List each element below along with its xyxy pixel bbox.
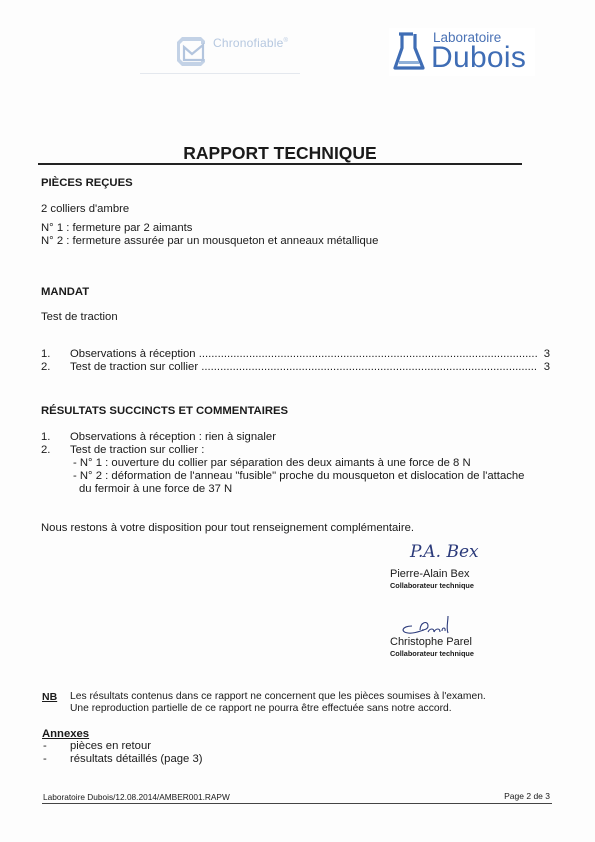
result-text: Observations à réception : rien à signal… (70, 431, 276, 443)
footer-rule (42, 803, 552, 804)
toc-page: 3 (544, 361, 550, 373)
annex-item: résultats détaillés (page 3) (70, 753, 203, 765)
logo-dubois-text: Dubois (431, 42, 526, 74)
piece-item: N° 1 : fermeture par 2 aimants (41, 222, 192, 234)
result-text: Test de traction sur collier : (70, 444, 204, 456)
signature-parel-icon (398, 614, 460, 638)
toc-number: 2. (41, 361, 50, 373)
toc-number: 1. (41, 348, 50, 360)
annexes-heading: Annexes (42, 728, 89, 740)
piece-item: N° 2 : fermeture assurée par un mousquet… (41, 235, 378, 247)
result-number: 1. (41, 431, 50, 443)
chronofiable-logo-text: Chronofiable® (213, 36, 288, 50)
result-sub-item: - N° 1 : ouverture du collier par sépara… (73, 457, 471, 469)
nb-label: NB (42, 691, 57, 703)
section-heading-pieces-recues: PIÈCES REÇUES (41, 177, 133, 189)
laboratoire-dubois-logo: Laboratoire Dubois (389, 28, 535, 76)
pieces-summary: 2 colliers d'ambre (41, 203, 129, 215)
header-divider (140, 73, 300, 74)
flask-icon (393, 32, 429, 72)
signatory-name: Christophe Parel (390, 636, 472, 648)
toc-entry[interactable]: 1. Observations à réception 3 (41, 348, 550, 362)
signature-handwritten: P.A. Bex (410, 542, 479, 562)
result-sub-item-continued: du fermoir à une force de 37 N (79, 483, 232, 495)
footer-reference: Laboratoire Dubois/12.08.2014/AMBER001.R… (43, 792, 230, 802)
section-heading-resultats: RÉSULTATS SUCCINCTS ET COMMENTAIRES (41, 405, 288, 417)
toc-label: Observations à réception (70, 348, 538, 360)
closing-text: Nous restons à votre disposition pour to… (41, 522, 414, 534)
nb-line: Les résultats contenus dans ce rapport n… (70, 691, 486, 702)
signatory-role: Collaborateur technique (390, 649, 474, 658)
toc-page: 3 (544, 348, 550, 360)
section-heading-mandat: MANDAT (41, 286, 89, 298)
mandat-text: Test de traction (41, 311, 118, 323)
annex-item: pièces en retour (70, 740, 151, 752)
signatory-name: Pierre-Alain Bex (390, 568, 469, 580)
annex-bullet: - (43, 753, 47, 765)
page-title: RAPPORT TECHNIQUE (38, 143, 522, 164)
title-rule (38, 163, 522, 165)
toc-label: Test de traction sur collier (70, 361, 538, 373)
annex-bullet: - (43, 740, 47, 752)
chronofiable-check-icon (175, 35, 207, 67)
chronofiable-logo: Chronofiable® (175, 35, 295, 75)
result-sub-item: - N° 2 : déformation de l'anneau "fusibl… (73, 470, 524, 482)
result-number: 2. (41, 444, 50, 456)
nb-line: Une reproduction partielle de ce rapport… (70, 703, 452, 714)
signatory-role: Collaborateur technique (390, 581, 474, 590)
toc-entry[interactable]: 2. Test de traction sur collier 3 (41, 361, 550, 375)
page-number: Page 2 de 3 (504, 791, 550, 801)
